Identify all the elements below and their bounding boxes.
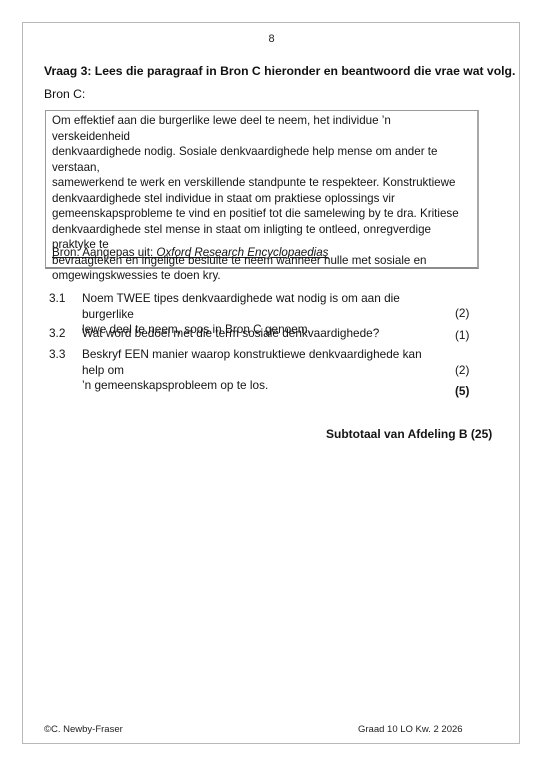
question-number: 3.3 — [49, 347, 65, 363]
total-marks: (5) — [455, 384, 469, 398]
citation-prefix: Bron: Aangepas uit: — [52, 246, 156, 259]
question-marks: (2) — [455, 306, 469, 322]
footer-course-info: Graad 10 LO Kw. 2 2026 — [358, 724, 463, 735]
question-number: 3.2 — [49, 326, 65, 342]
citation-title: Oxford Research Encyclopaedias — [156, 246, 328, 259]
question-number: 3.1 — [49, 291, 65, 307]
footer-copyright: ©C. Newby-Fraser — [44, 724, 123, 735]
section-subtotal: Subtotaal van Afdeling B (25) — [326, 427, 492, 441]
question-marks: (1) — [455, 328, 469, 344]
page-number: 8 — [0, 33, 543, 45]
source-label: Bron C: — [44, 87, 85, 101]
source-box: Om effektief aan die burgerlike lewe dee… — [45, 110, 479, 269]
question-text: Wat word bedoel met die term sosiale den… — [82, 326, 442, 342]
source-citation: Bron: Aangepas uit: Oxford Research Ency… — [52, 246, 328, 259]
question-marks: (2) — [455, 363, 469, 379]
question-heading: Vraag 3: Lees die paragraaf in Bron C hi… — [44, 64, 515, 78]
question-text: Beskryf EEN manier waarop konstruktiewe … — [82, 347, 442, 394]
